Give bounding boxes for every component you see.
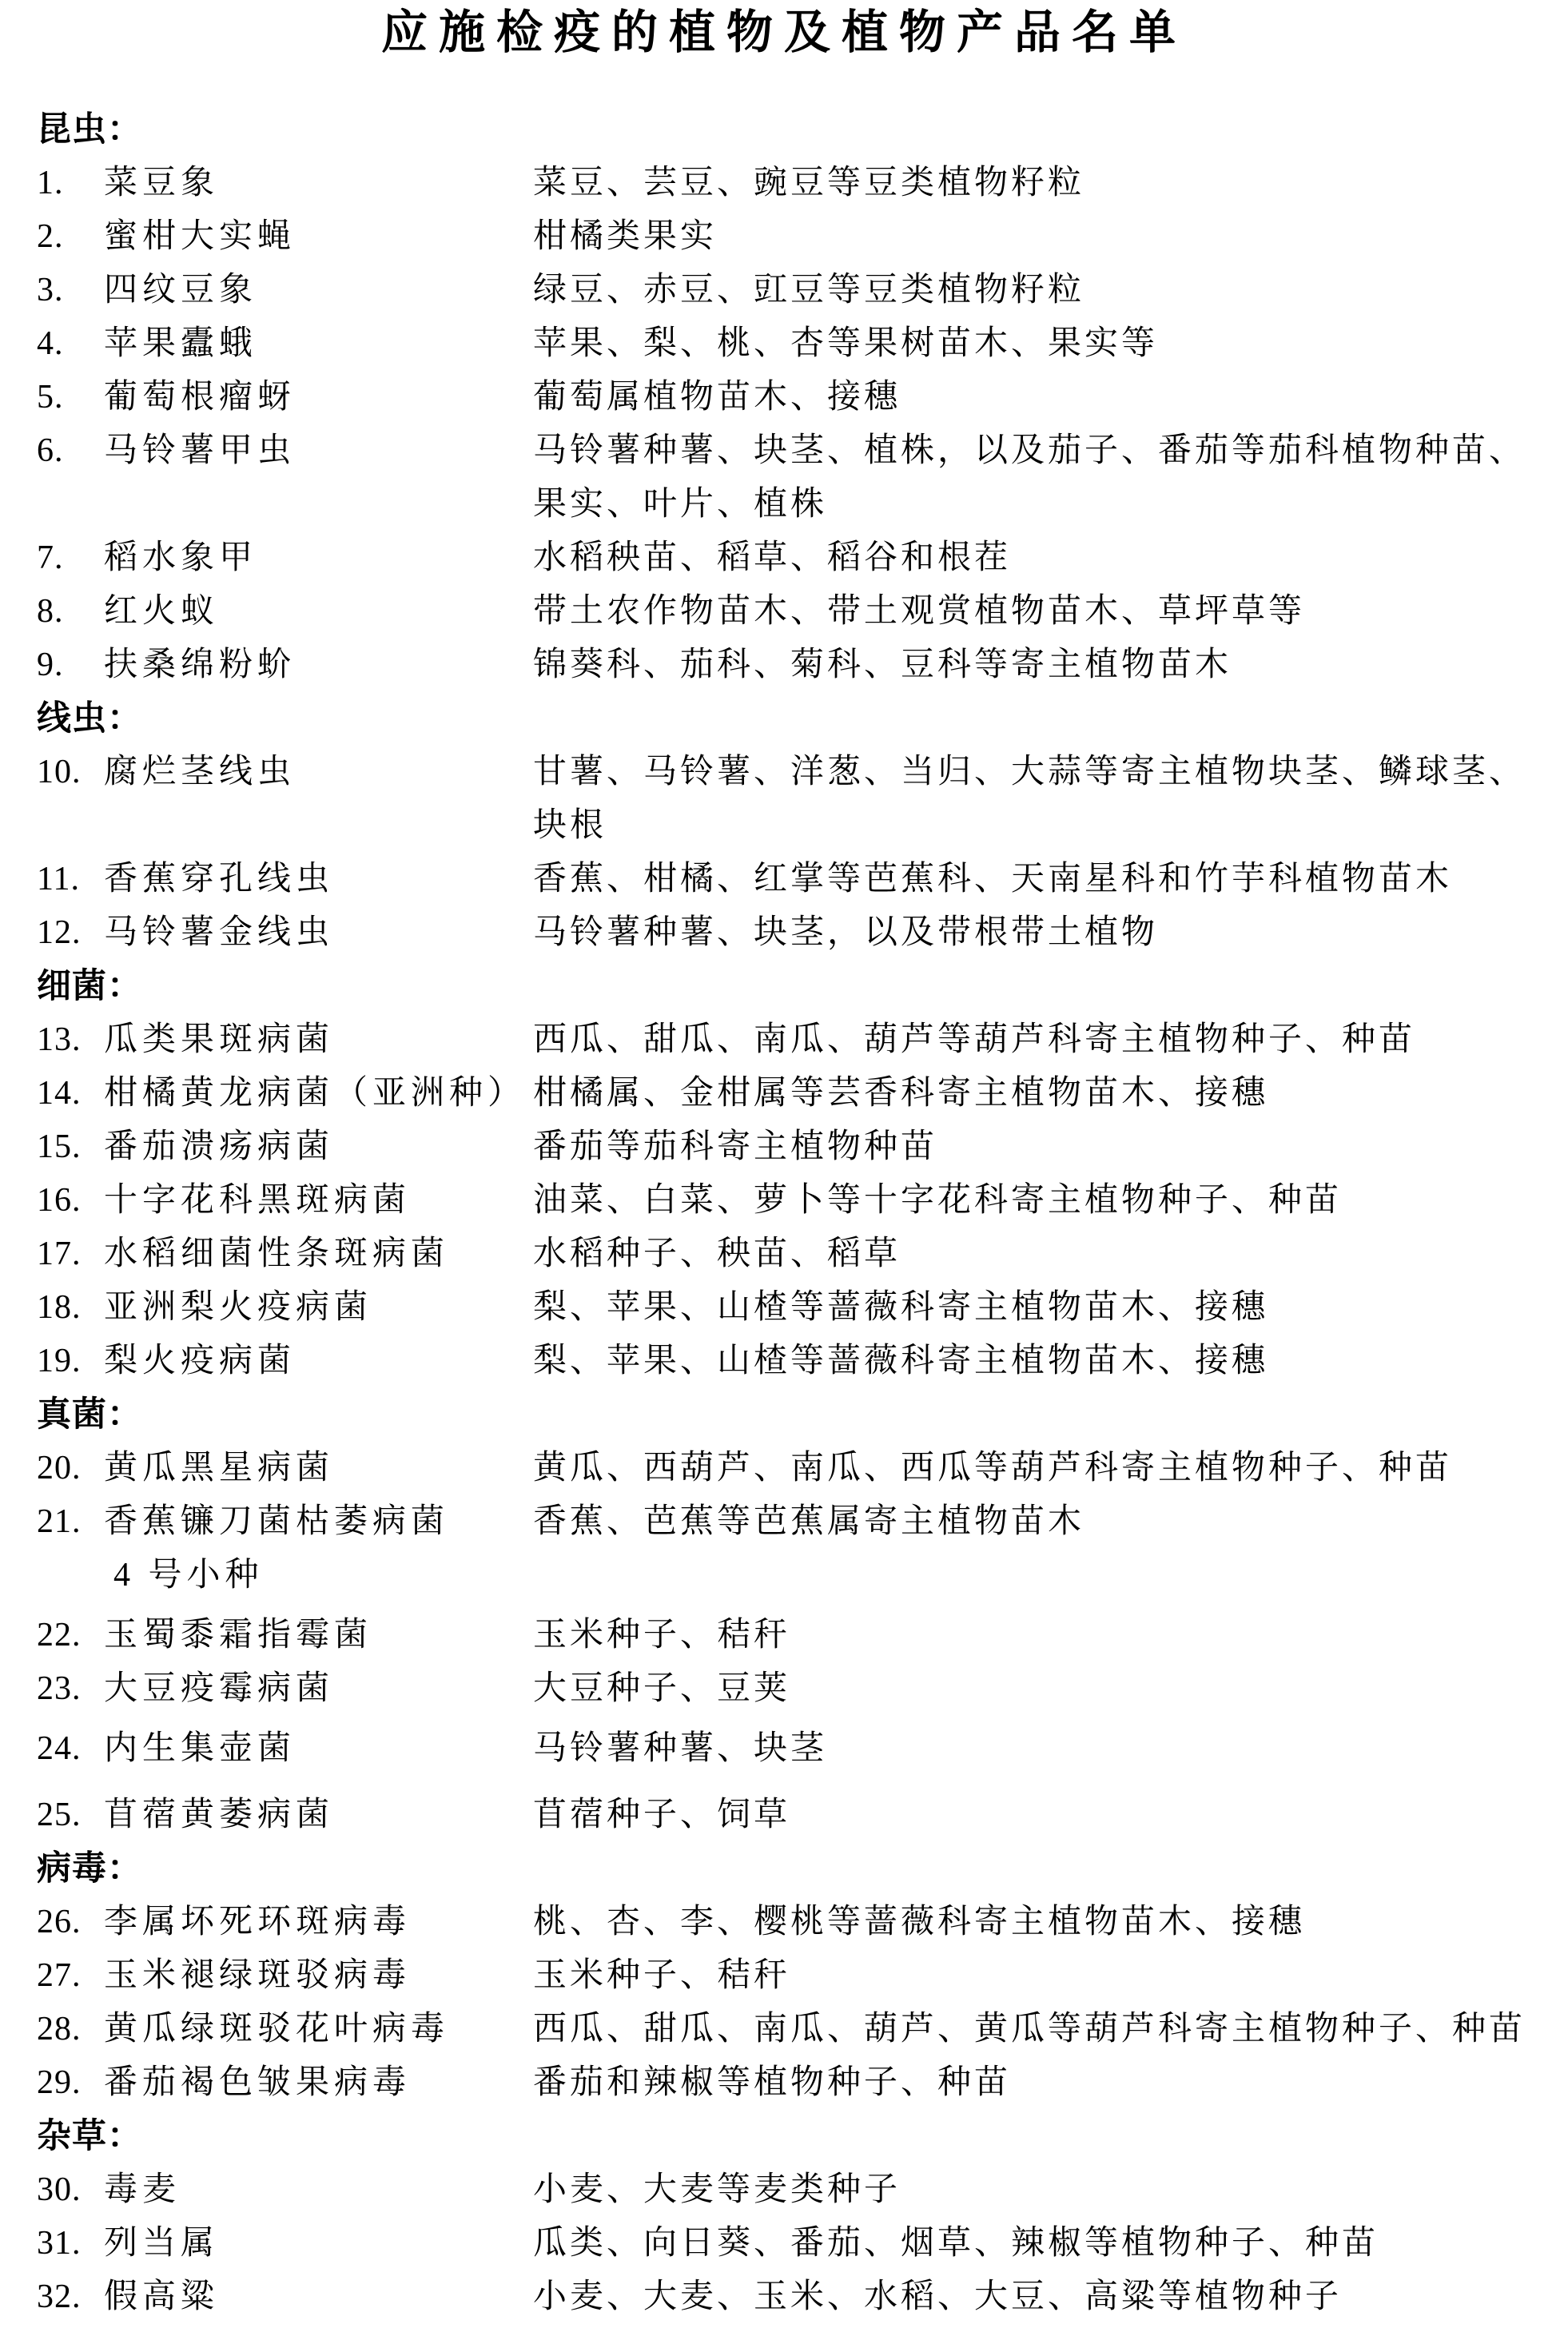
- item-description: 梨、苹果、山楂等蔷薇科寄主植物苗木、接穗: [533, 1335, 1568, 1388]
- item-name-line1: 稻水象甲: [104, 531, 533, 585]
- item-name: 黄瓜绿斑驳花叶病毒: [104, 2003, 533, 2056]
- item-description: 甘薯、马铃薯、洋葱、当归、大蒜等寄主植物块茎、鳞球茎、 块根: [533, 746, 1568, 853]
- item-name: 李属坏死环斑病毒: [104, 1896, 533, 1949]
- item-description-line1: 水稻种子、秧苗、稻草: [533, 1228, 1568, 1281]
- item-name: 十字花科黑斑病菌: [104, 1174, 533, 1228]
- item-description: 瓜类、向日葵、番茄、烟草、辣椒等植物种子、种苗: [533, 2217, 1568, 2270]
- table-row: 9. 扶桑绵粉蚧 锦葵科、茄科、菊科、豆科等寄主植物苗木: [0, 639, 1568, 692]
- item-name: 红火蚁: [104, 585, 533, 639]
- item-number: 15.: [37, 1120, 104, 1174]
- item-name-line1: 大豆疫霉病菌: [104, 1662, 533, 1716]
- item-description: 玉米种子、秸秆: [533, 1949, 1568, 2003]
- item-description-line1: 锦葵科、茄科、菊科、豆科等寄主植物苗木: [533, 639, 1568, 692]
- item-description-line1: 梨、苹果、山楂等蔷薇科寄主植物苗木、接穗: [533, 1281, 1568, 1335]
- item-description: 带土农作物苗木、带土观赏植物苗木、草坪草等: [533, 585, 1568, 639]
- item-number: 12.: [37, 906, 104, 960]
- item-name: 腐烂茎线虫: [104, 746, 533, 799]
- item-description: 大豆种子、豆荚: [533, 1662, 1568, 1716]
- item-name-line1: 苜蓿黄萎病菌: [104, 1789, 533, 1842]
- item-description: 苜蓿种子、饲草: [533, 1789, 1568, 1842]
- item-description-line1: 葡萄属植物苗木、接穗: [533, 371, 1568, 424]
- table-row: 20. 黄瓜黑星病菌 黄瓜、西葫芦、南瓜、西瓜等葫芦科寄主植物种子、种苗: [0, 1442, 1568, 1495]
- table-row: 19. 梨火疫病菌 梨、苹果、山楂等蔷薇科寄主植物苗木、接穗: [0, 1335, 1568, 1388]
- item-name: 菜豆象: [104, 157, 533, 210]
- item-name-line1: 十字花科黑斑病菌: [104, 1174, 533, 1228]
- item-name: 内生集壶菌: [104, 1722, 533, 1776]
- item-name-line1: 内生集壶菌: [104, 1722, 533, 1776]
- item-name: 番茄溃疡病菌: [104, 1120, 533, 1174]
- item-number: 30.: [37, 2163, 104, 2217]
- item-number: 3.: [37, 264, 104, 317]
- item-description-line1: 西瓜、甜瓜、南瓜、葫芦、黄瓜等葫芦科寄主植物种子、种苗: [533, 2003, 1568, 2056]
- item-number: 4.: [37, 317, 104, 371]
- table-row: 17. 水稻细菌性条斑病菌 水稻种子、秧苗、稻草: [0, 1228, 1568, 1281]
- item-name-line1: 玉蜀黍霜指霉菌: [104, 1609, 533, 1662]
- item-description-line2: 块根: [533, 799, 1568, 853]
- item-description-line1: 绿豆、赤豆、豇豆等豆类植物籽粒: [533, 264, 1568, 317]
- item-number: 11.: [37, 853, 104, 906]
- item-name: 马铃薯甲虫: [104, 424, 533, 478]
- item-description: 香蕉、柑橘、红掌等芭蕉科、天南星科和竹芋科植物苗木: [533, 853, 1568, 906]
- item-name-line1: 四纹豆象: [104, 264, 533, 317]
- table-row: 4. 苹果蠹蛾 苹果、梨、桃、杏等果树苗木、果实等: [0, 317, 1568, 371]
- table-row: 6. 马铃薯甲虫 马铃薯种薯、块茎、植株，以及茄子、番茄等茄科植物种苗、 果实、…: [0, 424, 1568, 531]
- item-name: 黄瓜黑星病菌: [104, 1442, 533, 1495]
- item-number: 28.: [37, 2003, 104, 2056]
- item-description: 玉米种子、秸秆: [533, 1609, 1568, 1662]
- item-name: 马铃薯金线虫: [104, 906, 533, 960]
- table-row: 15. 番茄溃疡病菌 番茄等茄科寄主植物种苗: [0, 1120, 1568, 1174]
- item-name-line1: 黄瓜绿斑驳花叶病毒: [104, 2003, 533, 2056]
- table-row: 22. 玉蜀黍霜指霉菌 玉米种子、秸秆: [0, 1609, 1568, 1662]
- item-name: 苜蓿黄萎病菌: [104, 1789, 533, 1842]
- item-description: 西瓜、甜瓜、南瓜、葫芦等葫芦科寄主植物种子、种苗: [533, 1013, 1568, 1067]
- item-number: 2.: [37, 210, 104, 264]
- item-name: 葡萄根瘤蚜: [104, 371, 533, 424]
- item-name-line1: 亚洲梨火疫病菌: [104, 1281, 533, 1335]
- table-row: 27. 玉米褪绿斑驳病毒 玉米种子、秸秆: [0, 1949, 1568, 2003]
- item-name-line1: 苹果蠹蛾: [104, 317, 533, 371]
- item-name-line1: 番茄溃疡病菌: [104, 1120, 533, 1174]
- item-description: 马铃薯种薯、块茎，以及带根带土植物: [533, 906, 1568, 960]
- item-description-line1: 瓜类、向日葵、番茄、烟草、辣椒等植物种子、种苗: [533, 2217, 1568, 2270]
- item-description-line1: 水稻秧苗、稻草、稻谷和根茬: [533, 531, 1568, 585]
- item-number: 24.: [37, 1722, 104, 1776]
- item-number: 16.: [37, 1174, 104, 1228]
- table-row: 18. 亚洲梨火疫病菌 梨、苹果、山楂等蔷薇科寄主植物苗木、接穗: [0, 1281, 1568, 1335]
- item-description: 水稻秧苗、稻草、稻谷和根茬: [533, 531, 1568, 585]
- item-name: 四纹豆象: [104, 264, 533, 317]
- item-description-line1: 苹果、梨、桃、杏等果树苗木、果实等: [533, 317, 1568, 371]
- item-description: 番茄和辣椒等植物种子、种苗: [533, 2056, 1568, 2110]
- item-description: 锦葵科、茄科、菊科、豆科等寄主植物苗木: [533, 639, 1568, 692]
- item-description-line1: 菜豆、芸豆、豌豆等豆类植物籽粒: [533, 157, 1568, 210]
- table-row: 3. 四纹豆象 绿豆、赤豆、豇豆等豆类植物籽粒: [0, 264, 1568, 317]
- item-description-line1: 玉米种子、秸秆: [533, 1609, 1568, 1662]
- table-row: 26. 李属坏死环斑病毒 桃、杏、李、樱桃等蔷薇科寄主植物苗木、接穗: [0, 1896, 1568, 1949]
- item-name: 玉米褪绿斑驳病毒: [104, 1949, 533, 2003]
- item-description: 柑橘类果实: [533, 210, 1568, 264]
- item-name: 番茄褐色皱果病毒: [104, 2056, 533, 2110]
- item-name-line1: 水稻细菌性条斑病菌: [104, 1228, 533, 1281]
- item-description-line1: 黄瓜、西葫芦、南瓜、西瓜等葫芦科寄主植物种子、种苗: [533, 1442, 1568, 1495]
- item-number: 31.: [37, 2217, 104, 2270]
- item-description-line1: 柑橘属、金柑属等芸香科寄主植物苗木、接穗: [533, 1067, 1568, 1120]
- item-description-line1: 油菜、白菜、萝卜等十字花科寄主植物种子、种苗: [533, 1174, 1568, 1228]
- item-number: 22.: [37, 1609, 104, 1662]
- section-header: 细菌：: [0, 960, 1568, 1013]
- table-row: 7. 稻水象甲 水稻秧苗、稻草、稻谷和根茬: [0, 531, 1568, 585]
- item-name: 瓜类果斑病菌: [104, 1013, 533, 1067]
- table-row: 10. 腐烂茎线虫 甘薯、马铃薯、洋葱、当归、大蒜等寄主植物块茎、鳞球茎、 块根: [0, 746, 1568, 853]
- table-row: 31. 列当属 瓜类、向日葵、番茄、烟草、辣椒等植物种子、种苗: [0, 2217, 1568, 2270]
- item-name-line1: 菜豆象: [104, 157, 533, 210]
- item-description: 马铃薯种薯、块茎: [533, 1722, 1568, 1776]
- item-name-line1: 红火蚁: [104, 585, 533, 639]
- item-name: 香蕉穿孔线虫: [104, 853, 533, 906]
- item-description: 绿豆、赤豆、豇豆等豆类植物籽粒: [533, 264, 1568, 317]
- item-description-line1: 苜蓿种子、饲草: [533, 1789, 1568, 1842]
- table-row: 16. 十字花科黑斑病菌 油菜、白菜、萝卜等十字花科寄主植物种子、种苗: [0, 1174, 1568, 1228]
- table-row: 11. 香蕉穿孔线虫 香蕉、柑橘、红掌等芭蕉科、天南星科和竹芋科植物苗木: [0, 853, 1568, 906]
- table-row: 14. 柑橘黄龙病菌（亚洲种） 柑橘属、金柑属等芸香科寄主植物苗木、接穗: [0, 1067, 1568, 1120]
- section-header: 病毒：: [0, 1842, 1568, 1896]
- table-row: 13. 瓜类果斑病菌 西瓜、甜瓜、南瓜、葫芦等葫芦科寄主植物种子、种苗: [0, 1013, 1568, 1067]
- item-number: 13.: [37, 1013, 104, 1067]
- item-name: 列当属: [104, 2217, 533, 2270]
- item-name-line1: 列当属: [104, 2217, 533, 2270]
- item-description-line1: 小麦、大麦、玉米、水稻、大豆、高粱等植物种子: [533, 2270, 1568, 2324]
- item-description-line1: 大豆种子、豆荚: [533, 1662, 1568, 1716]
- item-description: 香蕉、芭蕉等芭蕉属寄主植物苗木: [533, 1495, 1568, 1549]
- item-description-line1: 番茄和辣椒等植物种子、种苗: [533, 2056, 1568, 2110]
- item-description: 葡萄属植物苗木、接穗: [533, 371, 1568, 424]
- item-description: 桃、杏、李、樱桃等蔷薇科寄主植物苗木、接穗: [533, 1896, 1568, 1949]
- table-row: 25. 苜蓿黄萎病菌 苜蓿种子、饲草: [0, 1789, 1568, 1842]
- table-row: 28. 黄瓜绿斑驳花叶病毒 西瓜、甜瓜、南瓜、葫芦、黄瓜等葫芦科寄主植物种子、种…: [0, 2003, 1568, 2056]
- item-description-line1: 西瓜、甜瓜、南瓜、葫芦等葫芦科寄主植物种子、种苗: [533, 1013, 1568, 1067]
- item-name-line1: 假高粱: [104, 2270, 533, 2324]
- item-name-line1: 瓜类果斑病菌: [104, 1013, 533, 1067]
- table-row: 2. 蜜柑大实蝇 柑橘类果实: [0, 210, 1568, 264]
- item-description-line1: 马铃薯种薯、块茎: [533, 1722, 1568, 1776]
- item-name-line2: 4 号小种: [104, 1549, 533, 1602]
- item-number: 5.: [37, 371, 104, 424]
- item-description-line1: 小麦、大麦等麦类种子: [533, 2163, 1568, 2217]
- item-description: 柑橘属、金柑属等芸香科寄主植物苗木、接穗: [533, 1067, 1568, 1120]
- table-row: 30. 毒麦 小麦、大麦等麦类种子: [0, 2163, 1568, 2217]
- item-name-line1: 黄瓜黑星病菌: [104, 1442, 533, 1495]
- item-number: 6.: [37, 424, 104, 478]
- item-description-line1: 甘薯、马铃薯、洋葱、当归、大蒜等寄主植物块茎、鳞球茎、: [533, 746, 1568, 799]
- table-row: 24. 内生集壶菌 马铃薯种薯、块茎: [0, 1722, 1568, 1776]
- page-title: 应施检疫的植物及植物产品名单: [0, 5, 1568, 61]
- item-number: 10.: [37, 746, 104, 799]
- item-name: 香蕉镰刀菌枯萎病菌 4 号小种: [104, 1495, 533, 1602]
- item-name: 玉蜀黍霜指霉菌: [104, 1609, 533, 1662]
- item-number: 27.: [37, 1949, 104, 2003]
- document-body: 昆虫： 1. 菜豆象 菜豆、芸豆、豌豆等豆类植物籽粒 2. 蜜柑大实蝇 柑橘类果…: [0, 103, 1568, 2324]
- item-name: 水稻细菌性条斑病菌: [104, 1228, 533, 1281]
- item-description: 马铃薯种薯、块茎、植株，以及茄子、番茄等茄科植物种苗、 果实、叶片、植株: [533, 424, 1568, 531]
- item-description: 番茄等茄科寄主植物种苗: [533, 1120, 1568, 1174]
- item-number: 7.: [37, 531, 104, 585]
- item-name-line1: 梨火疫病菌: [104, 1335, 533, 1388]
- document-page: 应施检疫的植物及植物产品名单 昆虫： 1. 菜豆象 菜豆、芸豆、豌豆等豆类植物籽…: [0, 0, 1568, 2328]
- item-description: 小麦、大麦、玉米、水稻、大豆、高粱等植物种子: [533, 2270, 1568, 2324]
- item-number: 20.: [37, 1442, 104, 1495]
- item-name: 稻水象甲: [104, 531, 533, 585]
- item-description-line1: 香蕉、芭蕉等芭蕉属寄主植物苗木: [533, 1495, 1568, 1549]
- table-row: 32. 假高粱 小麦、大麦、玉米、水稻、大豆、高粱等植物种子: [0, 2270, 1568, 2324]
- item-name-line1: 蜜柑大实蝇: [104, 210, 533, 264]
- item-name-line1: 香蕉镰刀菌枯萎病菌: [104, 1495, 533, 1549]
- item-name-line1: 葡萄根瘤蚜: [104, 371, 533, 424]
- item-description: 西瓜、甜瓜、南瓜、葫芦、黄瓜等葫芦科寄主植物种子、种苗: [533, 2003, 1568, 2056]
- item-name-line1: 番茄褐色皱果病毒: [104, 2056, 533, 2110]
- item-description-line1: 香蕉、柑橘、红掌等芭蕉科、天南星科和竹芋科植物苗木: [533, 853, 1568, 906]
- section-header: 昆虫：: [0, 103, 1568, 157]
- item-description: 梨、苹果、山楂等蔷薇科寄主植物苗木、接穗: [533, 1281, 1568, 1335]
- item-description-line1: 马铃薯种薯、块茎，以及带根带土植物: [533, 906, 1568, 960]
- item-number: 32.: [37, 2270, 104, 2324]
- item-number: 25.: [37, 1789, 104, 1842]
- item-name-line1: 毒麦: [104, 2163, 533, 2217]
- table-row: 29. 番茄褐色皱果病毒 番茄和辣椒等植物种子、种苗: [0, 2056, 1568, 2110]
- item-name: 假高粱: [104, 2270, 533, 2324]
- item-number: 17.: [37, 1228, 104, 1281]
- item-name: 亚洲梨火疫病菌: [104, 1281, 533, 1335]
- item-name-line1: 玉米褪绿斑驳病毒: [104, 1949, 533, 2003]
- section-header: 线虫：: [0, 692, 1568, 746]
- item-number: 1.: [37, 157, 104, 210]
- item-number: 29.: [37, 2056, 104, 2110]
- item-name-line1: 腐烂茎线虫: [104, 746, 533, 799]
- item-number: 23.: [37, 1662, 104, 1716]
- item-description-line2: 果实、叶片、植株: [533, 478, 1568, 531]
- item-number: 8.: [37, 585, 104, 639]
- item-name-line1: 柑橘黄龙病菌（亚洲种）: [104, 1067, 533, 1120]
- item-name: 扶桑绵粉蚧: [104, 639, 533, 692]
- item-name-line1: 马铃薯甲虫: [104, 424, 533, 478]
- table-row: 8. 红火蚁 带土农作物苗木、带土观赏植物苗木、草坪草等: [0, 585, 1568, 639]
- table-row: 5. 葡萄根瘤蚜 葡萄属植物苗木、接穗: [0, 371, 1568, 424]
- section-header: 真菌：: [0, 1388, 1568, 1442]
- item-name-line1: 香蕉穿孔线虫: [104, 853, 533, 906]
- item-description-line1: 桃、杏、李、樱桃等蔷薇科寄主植物苗木、接穗: [533, 1896, 1568, 1949]
- item-name: 大豆疫霉病菌: [104, 1662, 533, 1716]
- item-description-line1: 梨、苹果、山楂等蔷薇科寄主植物苗木、接穗: [533, 1335, 1568, 1388]
- item-description-line1: 带土农作物苗木、带土观赏植物苗木、草坪草等: [533, 585, 1568, 639]
- table-row: 12. 马铃薯金线虫 马铃薯种薯、块茎，以及带根带土植物: [0, 906, 1568, 960]
- item-number: 18.: [37, 1281, 104, 1335]
- item-number: 19.: [37, 1335, 104, 1388]
- item-name-line1: 李属坏死环斑病毒: [104, 1896, 533, 1949]
- item-description: 黄瓜、西葫芦、南瓜、西瓜等葫芦科寄主植物种子、种苗: [533, 1442, 1568, 1495]
- item-description: 菜豆、芸豆、豌豆等豆类植物籽粒: [533, 157, 1568, 210]
- table-row: 21. 香蕉镰刀菌枯萎病菌 4 号小种 香蕉、芭蕉等芭蕉属寄主植物苗木: [0, 1495, 1568, 1602]
- item-name-line1: 扶桑绵粉蚧: [104, 639, 533, 692]
- item-description-line1: 马铃薯种薯、块茎、植株，以及茄子、番茄等茄科植物种苗、: [533, 424, 1568, 478]
- section-header: 杂草：: [0, 2110, 1568, 2163]
- table-row: 1. 菜豆象 菜豆、芸豆、豌豆等豆类植物籽粒: [0, 157, 1568, 210]
- item-name: 苹果蠹蛾: [104, 317, 533, 371]
- item-description-line1: 玉米种子、秸秆: [533, 1949, 1568, 2003]
- item-description-line1: 柑橘类果实: [533, 210, 1568, 264]
- item-number: 26.: [37, 1896, 104, 1949]
- item-description: 小麦、大麦等麦类种子: [533, 2163, 1568, 2217]
- item-number: 21.: [37, 1495, 104, 1549]
- item-name: 梨火疫病菌: [104, 1335, 533, 1388]
- item-name: 蜜柑大实蝇: [104, 210, 533, 264]
- item-number: 14.: [37, 1067, 104, 1120]
- item-number: 9.: [37, 639, 104, 692]
- item-name: 毒麦: [104, 2163, 533, 2217]
- table-row: 23. 大豆疫霉病菌 大豆种子、豆荚: [0, 1662, 1568, 1716]
- item-description: 苹果、梨、桃、杏等果树苗木、果实等: [533, 317, 1568, 371]
- item-name: 柑橘黄龙病菌（亚洲种）: [104, 1067, 533, 1120]
- item-name-line1: 马铃薯金线虫: [104, 906, 533, 960]
- item-description: 油菜、白菜、萝卜等十字花科寄主植物种子、种苗: [533, 1174, 1568, 1228]
- item-description-line1: 番茄等茄科寄主植物种苗: [533, 1120, 1568, 1174]
- item-description: 水稻种子、秧苗、稻草: [533, 1228, 1568, 1281]
